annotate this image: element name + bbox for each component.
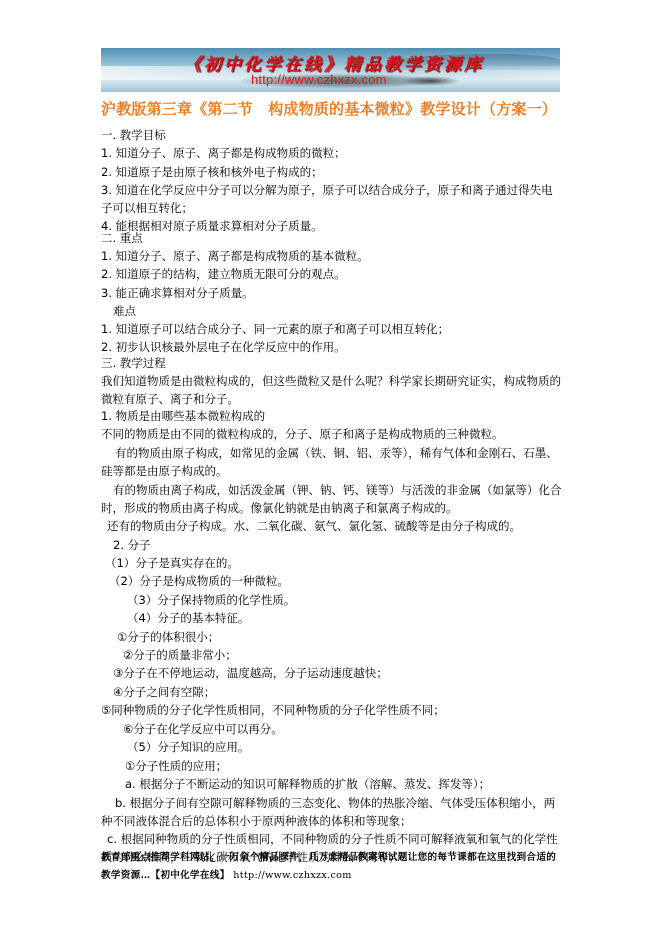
site-banner[interactable]: 《初中化学在线》精品教学资源库 http://www.czhxzx.com <box>101 48 560 92</box>
document-line: ⑤同种物质的分子化学性质相同，不同种物质的分子化学性质不同； <box>101 703 445 717</box>
document-line: ③分子在不停地运动，温度越高，分子运动速度越快； <box>113 666 388 680</box>
document-line: 1. 知道分子、原子、离子都是构成物质的微粒； <box>101 146 346 160</box>
document-line: 3. 知道在化学反应中分子可以分解为原子，原子可以结合成分子，原子和离子通过得失… <box>101 183 553 197</box>
document-line: c. 根据同种物质的分子性质相同，不同种物质的分子性质不同可解释液氧和氧气的化学… <box>107 832 558 846</box>
document-line: （2）分子是构成物质的一种微粒。 <box>109 574 289 588</box>
document-line: （3）分子保持物质的化学性质。 <box>127 593 295 607</box>
document-line: 我们知道物质是由微粒构成的，但这些微粒又是什么呢？科学家长期研究证实，构成物质的 <box>101 374 561 388</box>
document-line: ②分子的质量非常小； <box>123 648 237 662</box>
document-line: 种不同液体混合后的总体积小于原两种液体的体积和等现象； <box>101 814 412 828</box>
document-line: 1. 知道原子可以结合成分子、同一元素的原子和离子可以相互转化； <box>101 322 449 336</box>
document-line: a. 根据分子不断运动的知识可解释物质的扩散（溶解、蒸发、挥发等）； <box>125 777 490 791</box>
document-line: 1. 知道分子、原子、离子都是构成物质的基本微粒。 <box>101 249 369 263</box>
footer-url-link[interactable]: http://www.czhxzx.com <box>233 870 351 881</box>
document-line: 1. 物质是由哪些基本微粒构成的 <box>101 409 265 423</box>
document-line: 2. 知道原子的结构，建立物质无限可分的观点。 <box>101 267 346 281</box>
document-line: （1）分子是真实存在的。 <box>105 556 239 570</box>
document-line: 2. 分子 <box>113 538 151 552</box>
document-line: 不同的物质是由不同的微粒构成的，分子、原子和离子是构成物质的三种微粒。 <box>101 427 504 441</box>
document-line: 时，形成的物质由离子构成。像氯化钠就是由钠离子和氯离子构成的。 <box>101 501 458 515</box>
document-line: 有的物质由离子构成，如活泼金属（钾、钠、钙、镁等）与活泼的非金属（如氯等）化合 <box>113 483 562 497</box>
document-line: 三. 教学过程 <box>101 356 166 370</box>
document-line: 微粒有原子、离子和分子。 <box>101 392 239 406</box>
document-line: 有的物质由原子构成，如常见的金属（铁、铜、铝、汞等），稀有气体和金刚石、石墨、 <box>115 446 558 460</box>
document-line: （4）分子的基本特征。 <box>127 611 249 625</box>
document-line: 3. 能正确求算相对分子质量。 <box>101 286 254 300</box>
document-title: 沪教版第三章《第二节 构成物质的基本微粒》教学设计（方案一） <box>101 98 563 119</box>
document-line: （5）分子知识的应用。 <box>127 740 249 754</box>
document-line: ①分子的体积很小； <box>117 630 219 644</box>
footer-promo-text: 教学资源…【初中化学在线】 <box>101 870 230 881</box>
document-line: 硅等都是由原子构成的。 <box>101 464 228 478</box>
document-line: 2. 初步认识核最外层电子在化学反应中的作用。 <box>101 340 346 354</box>
banner-boat-decoration <box>401 76 461 86</box>
footer-line-1: 教育部重点推荐学科网站。一万余个精品课件，几万套精品教案和试题让您的每节课都在这… <box>101 852 556 864</box>
document-line: 子可以相互转化； <box>101 201 193 215</box>
document-line: b. 根据分子间有空隙可解释物质的三态变化、物体的热胀冷缩、气体受压体积缩小，两 <box>115 796 555 810</box>
document-line: 还有的物质由分子构成。水、二氧化碳、氨气、氯化氢、硫酸等是由分子构成的。 <box>107 519 521 533</box>
document-line: ④分子之间有空隙； <box>113 685 215 699</box>
document-line: ①分子性质的应用； <box>125 759 227 773</box>
document-line: ⑥分子在化学反应中可以再分。 <box>123 722 283 736</box>
document-line: 二. 重点 <box>101 231 143 245</box>
document-line: 难点 <box>113 304 136 318</box>
document-line: 一. 教学目标 <box>101 128 166 142</box>
footer-line-2: 教学资源…【初中化学在线】 http://www.czhxzx.com <box>101 870 352 882</box>
banner-url[interactable]: http://www.czhxzx.com <box>251 72 387 87</box>
document-line: 2. 知道原子是由原子核和核外电子构成的； <box>101 165 323 179</box>
